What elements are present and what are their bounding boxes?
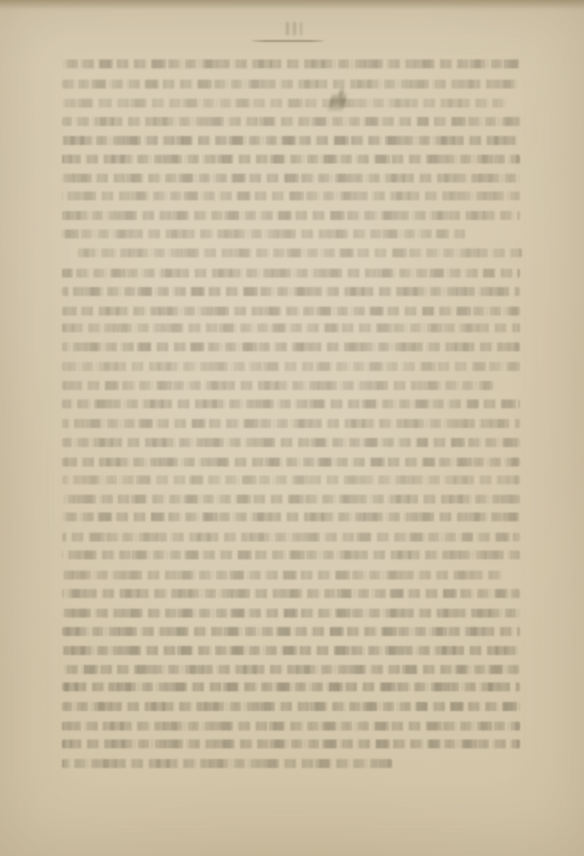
faded-text-line: [62, 211, 520, 220]
faded-text-line: [62, 665, 520, 674]
faded-text-line: [62, 646, 520, 655]
faded-text-line: [62, 79, 520, 88]
faded-text-line: [62, 117, 520, 126]
faded-text-line: [62, 608, 520, 617]
header-rule: [252, 40, 324, 42]
faded-text-line: [62, 381, 493, 390]
faded-text-line: [62, 324, 520, 333]
faded-text-line: [62, 627, 520, 636]
faded-text-line: [62, 192, 520, 201]
faded-text-line: [62, 229, 465, 238]
faded-text-line: [62, 306, 520, 315]
faded-text-line: [62, 438, 520, 447]
faded-text-line: [62, 362, 520, 371]
faded-text-line: [62, 683, 520, 692]
faded-text-line: [62, 98, 506, 107]
text-block: [62, 60, 520, 778]
scanned-page: [0, 0, 584, 856]
faded-text-line: [62, 495, 520, 504]
faded-text-line: [62, 419, 520, 428]
faded-text-line: [62, 513, 520, 522]
faded-text-line: [62, 551, 520, 560]
faded-text-line: [62, 722, 520, 731]
faded-text-line: [62, 457, 520, 466]
faded-text-line: [62, 174, 520, 183]
faded-text-line: [62, 571, 502, 580]
faded-text-line: [62, 155, 520, 164]
faded-text-line: [62, 759, 392, 768]
faded-text-line: [78, 248, 522, 257]
faded-text-line: [62, 533, 520, 542]
faded-text-line: [62, 59, 520, 68]
faded-text-line: [62, 136, 520, 145]
faded-text-line: [62, 399, 520, 408]
faded-text-line: [62, 702, 520, 711]
faded-text-line: [62, 268, 520, 277]
page-number-smudge: [286, 22, 302, 35]
faded-text-line: [62, 287, 520, 296]
faded-text-line: [62, 475, 520, 484]
faded-text-line: [62, 343, 520, 352]
faded-text-line: [62, 589, 520, 598]
faded-text-line: [62, 739, 520, 748]
